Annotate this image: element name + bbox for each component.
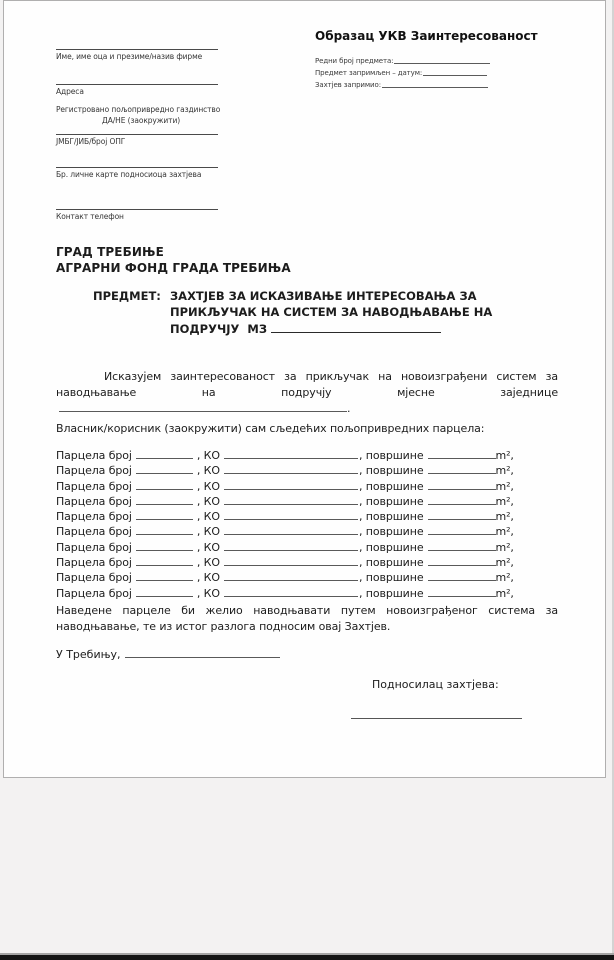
office-field-received-date: Предмет запримљен – датум: (315, 69, 490, 77)
cadastral-municipality-blank (224, 555, 358, 566)
blank-underline (56, 40, 218, 50)
parcel-number-label: Парцела број (56, 510, 132, 523)
area-blank (428, 586, 496, 597)
recipient-city: ГРАД ТРЕБИЊЕ (56, 245, 291, 261)
owner-statement: Власник/корисник (заокружити) сам сљедећ… (56, 422, 484, 435)
area-blank (428, 509, 496, 520)
parcel-number-blank (136, 479, 193, 490)
community-blank-underline (59, 401, 347, 412)
cadastral-municipality-label: , КО (197, 556, 220, 569)
area-unit-label: m², (496, 510, 514, 523)
field-jmbg: ЈМБГ/ЈИБ/број ОПГ (56, 125, 221, 146)
parcel-number-blank (136, 463, 193, 474)
cadastral-municipality-blank (224, 509, 358, 520)
cadastral-municipality-label: , КО (197, 464, 220, 477)
parcel-list: Парцела број, КО, површинеm², Парцела бр… (56, 448, 514, 601)
field-address-label: Адреса (56, 87, 221, 96)
intro-suffix: . (347, 402, 350, 415)
field-jmbg-label: ЈМБГ/ЈИБ/број ОПГ (56, 137, 221, 146)
place-label: У Требињу, (56, 648, 121, 661)
cadastral-municipality-label: , КО (197, 449, 220, 462)
area-label: , површине (359, 449, 424, 462)
area-label: , површине (359, 510, 424, 523)
parcel-row: Парцела број, КО, површинеm², (56, 479, 514, 494)
subject-line3: ПОДРУЧЈУ МЗ (170, 321, 492, 337)
parcel-number-blank (136, 586, 193, 597)
parcel-number-blank (136, 540, 193, 551)
cadastral-municipality-label: , КО (197, 480, 220, 493)
area-blank (428, 570, 496, 581)
cadastral-municipality-label: , КО (197, 525, 220, 538)
cadastral-municipality-blank (224, 494, 358, 505)
blank-underline (423, 75, 487, 76)
parcel-number-label: Парцела број (56, 480, 132, 493)
signature-label: Подносилац захтјева: (372, 678, 499, 691)
document-page: Име, име оца и презиме/назив фирме Адрес… (3, 0, 606, 778)
parcel-row: Парцела број, КО, површинеm², (56, 586, 514, 601)
parcel-row: Парцела број, КО, површинеm², (56, 494, 514, 509)
area-blank (428, 524, 496, 535)
area-unit-label: m², (496, 464, 514, 477)
parcel-row: Парцела број, КО, површинеm², (56, 524, 514, 539)
area-blank (428, 555, 496, 566)
area-unit-label: m², (496, 449, 514, 462)
area-label: , површине (359, 571, 424, 584)
cadastral-municipality-label: , КО (197, 510, 220, 523)
parcel-number-label: Парцела број (56, 449, 132, 462)
office-field-received-by: Захтјев запримио: (315, 81, 490, 89)
parcel-row: Парцела број, КО, површинеm², (56, 463, 514, 478)
field-phone-label: Контакт телефон (56, 212, 221, 221)
field-id-card: Бр. личне карте подносиоца захтјева (56, 158, 221, 179)
blank-underline (56, 200, 218, 210)
parcel-row: Парцела број, КО, површинеm², (56, 540, 514, 555)
cadastral-municipality-blank (224, 479, 358, 490)
parcel-number-label: Парцела број (56, 541, 132, 554)
subject-line3-prefix: ПОДРУЧЈУ МЗ (170, 322, 267, 336)
area-label: , површине (359, 556, 424, 569)
area-unit-label: m², (496, 587, 514, 600)
parcel-number-label: Парцела број (56, 464, 132, 477)
signature-line (351, 709, 522, 719)
cadastral-municipality-label: , КО (197, 495, 220, 508)
field-address: Адреса (56, 75, 221, 96)
blank-underline (56, 75, 218, 85)
office-field-label: Редни број предмета: (315, 57, 393, 65)
closing-paragraph: Наведене парцеле би желио наводњавати пу… (56, 603, 558, 635)
intro-text: Исказујем заинтересованост за прикључак … (56, 370, 558, 399)
area-unit-label: m², (496, 480, 514, 493)
blank-underline (394, 63, 490, 64)
office-field-case-number: Редни број предмета: (315, 57, 490, 65)
area-unit-label: m², (496, 541, 514, 554)
subject-label: ПРЕДМЕТ: (93, 288, 170, 337)
area-label: , површине (359, 587, 424, 600)
parcel-number-blank (136, 555, 193, 566)
office-field-label: Предмет запримљен – датум: (315, 69, 422, 77)
area-blank (428, 540, 496, 551)
area-blank (428, 479, 496, 490)
blank-underline (382, 87, 488, 88)
area-unit-label: m², (496, 525, 514, 538)
parcel-number-label: Парцела број (56, 495, 132, 508)
cadastral-municipality-label: , КО (197, 571, 220, 584)
parcel-number-label: Парцела број (56, 571, 132, 584)
farm-registration-note: Регистровано пољопривредно газдинство ДА… (56, 104, 226, 126)
parcel-number-label: Парцела број (56, 587, 132, 600)
cadastral-municipality-label: , КО (197, 541, 220, 554)
parcel-row: Парцела број, КО, површинеm², (56, 448, 514, 463)
blank-underline (56, 158, 218, 168)
parcel-number-blank (136, 570, 193, 581)
parcel-number-blank (136, 509, 193, 520)
area-blank (428, 448, 496, 459)
office-field-label: Захтјев запримио: (315, 81, 381, 89)
recipient-fund: АГРАРНИ ФОНД ГРАДА ТРЕБИЊА (56, 261, 291, 277)
date-blank-underline (125, 647, 280, 658)
area-unit-label: m², (496, 571, 514, 584)
parcel-number-label: Парцела број (56, 556, 132, 569)
area-label: , површине (359, 495, 424, 508)
form-title: Образац УКВ Заинтересованост (315, 29, 538, 43)
parcel-row: Парцела број, КО, површинеm², (56, 570, 514, 585)
cadastral-municipality-blank (224, 448, 358, 459)
mz-blank-underline (271, 321, 441, 333)
field-phone: Контакт телефон (56, 200, 221, 221)
subject-line2: ПРИКЉУЧАК НА СИСТЕМ ЗА НАВОДЊАВАЊЕ НА (170, 304, 492, 320)
viewer-bottom-bar (0, 953, 614, 960)
area-unit-label: m², (496, 556, 514, 569)
parcel-number-blank (136, 494, 193, 505)
area-label: , површине (359, 525, 424, 538)
screen: Име, име оца и презиме/назив фирме Адрес… (0, 0, 614, 960)
area-label: , површине (359, 480, 424, 493)
cadastral-municipality-blank (224, 570, 358, 581)
cadastral-municipality-blank (224, 586, 358, 597)
area-label: , површине (359, 541, 424, 554)
farm-registration-line1: Регистровано пољопривредно газдинство (56, 104, 226, 115)
area-unit-label: m², (496, 495, 514, 508)
cadastral-municipality-blank (224, 463, 358, 474)
subject-block: ПРЕДМЕТ: ЗАХТЈЕВ ЗА ИСКАЗИВАЊЕ ИНТЕРЕСОВ… (93, 288, 492, 337)
recipient-block: ГРАД ТРЕБИЊЕ АГРАРНИ ФОНД ГРАДА ТРЕБИЊА (56, 245, 291, 276)
parcel-row: Парцела број, КО, површинеm², (56, 555, 514, 570)
parcel-row: Парцела број, КО, површинеm², (56, 509, 514, 524)
area-blank (428, 463, 496, 474)
subject-content: ЗАХТЈЕВ ЗА ИСКАЗИВАЊЕ ИНТЕРЕСОВАЊА ЗА ПР… (170, 288, 492, 337)
office-fields: Редни број предмета: Предмет запримљен –… (315, 57, 490, 93)
area-blank (428, 494, 496, 505)
blank-underline (56, 125, 218, 135)
field-name: Име, име оца и презиме/назив фирме (56, 40, 221, 61)
cadastral-municipality-blank (224, 540, 358, 551)
area-label: , површине (359, 464, 424, 477)
subject-line1: ЗАХТЈЕВ ЗА ИСКАЗИВАЊЕ ИНТЕРЕСОВАЊА ЗА (170, 288, 492, 304)
parcel-number-blank (136, 524, 193, 535)
place-date-line: У Требињу, (56, 647, 280, 661)
parcel-number-label: Парцела број (56, 525, 132, 538)
cadastral-municipality-label: , КО (197, 587, 220, 600)
parcel-number-blank (136, 448, 193, 459)
field-name-label: Име, име оца и презиме/назив фирме (56, 52, 221, 61)
field-id-card-label: Бр. личне карте подносиоца захтјева (56, 170, 221, 179)
cadastral-municipality-blank (224, 524, 358, 535)
intro-paragraph: Исказујем заинтересованост за прикључак … (56, 369, 558, 416)
